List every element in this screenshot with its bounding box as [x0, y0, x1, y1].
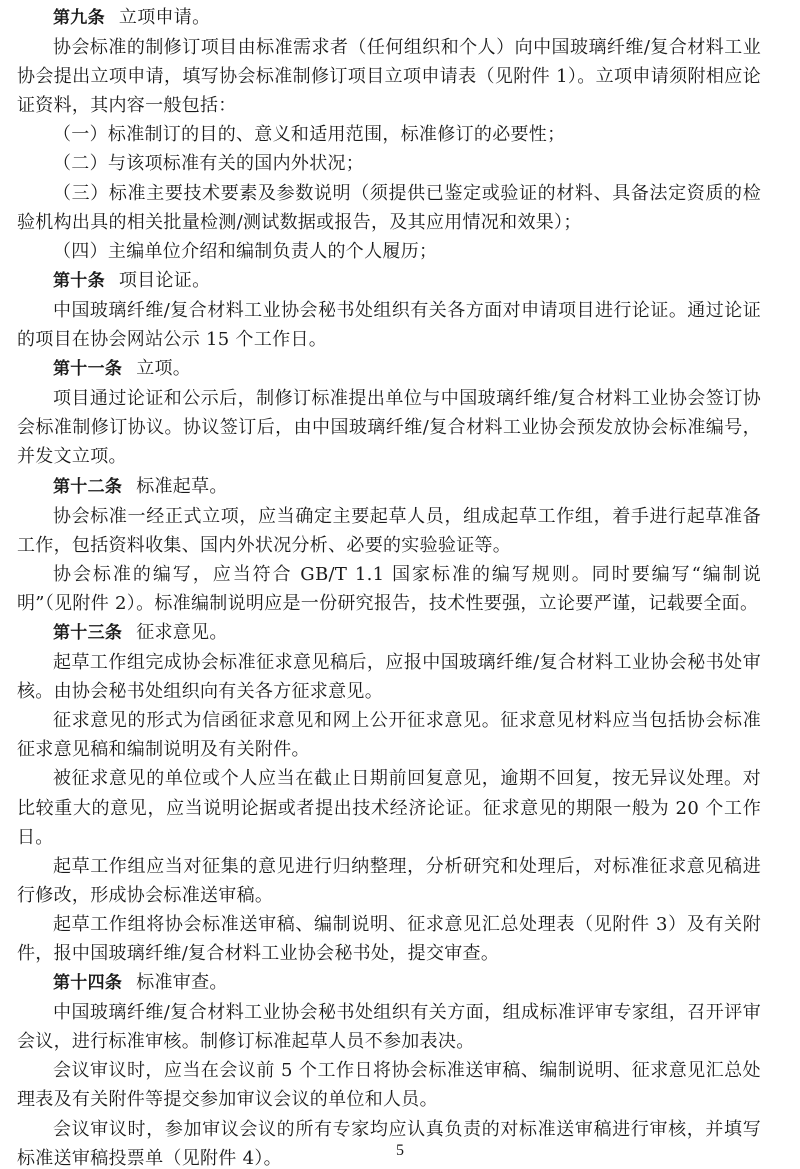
paragraph: 被征求意见的单位或个人应当在截止日期前回复意见，逾期不回复，按无异议处理。对比较…	[17, 764, 761, 851]
paragraph: 征求意见的形式为信函征求意见和网上公开征求意见。征求意见材料应当包括协会标准征求…	[17, 706, 761, 764]
article-title: 征求意见。	[136, 622, 228, 643]
page-number: 5	[0, 1142, 800, 1160]
paragraph: 起草工作组将协会标准送审稿、编制说明、征求意见汇总处理表（见附件 3）及有关附件…	[17, 910, 761, 968]
article-heading-14: 第十四条标准审查。	[17, 968, 761, 998]
article-number: 第十三条	[53, 623, 122, 643]
list-item: （二）与该项标准有关的国内外状况；	[17, 149, 761, 178]
article-number: 第十一条	[53, 359, 122, 379]
article-heading-13: 第十三条征求意见。	[17, 618, 761, 648]
article-heading-11: 第十一条立项。	[17, 354, 761, 384]
paragraph: 会议审议时，应当在会议前 5 个工作日将协会标准送审稿、编制说明、征求意见汇总处…	[17, 1056, 761, 1114]
article-number: 第十四条	[53, 973, 122, 993]
paragraph: 中国玻璃纤维/复合材料工业协会秘书处组织有关各方面对申请项目进行论证。通过论证的…	[17, 296, 761, 354]
list-item: （三）标准主要技术要素及参数说明（须提供已鉴定或验证的材料、具备法定资质的检验机…	[17, 179, 761, 237]
article-number: 第九条	[53, 8, 105, 28]
paragraph: 项目通过论证和公示后，制修订标准提出单位与中国玻璃纤维/复合材料工业协会签订协会…	[17, 384, 761, 471]
list-item: （四）主编单位介绍和编制负责人的个人履历；	[17, 237, 761, 266]
document-page: 第九条立项申请。 协会标准的制修订项目由标准需求者（任何组织和个人）向中国玻璃纤…	[17, 3, 761, 1169]
article-number: 第十二条	[53, 477, 122, 497]
article-title: 立项申请。	[119, 7, 211, 28]
paragraph: 起草工作组完成协会标准征求意见稿后，应报中国玻璃纤维/复合材料工业协会秘书处审核…	[17, 648, 761, 706]
paragraph: 协会标准的制修订项目由标准需求者（任何组织和个人）向中国玻璃纤维/复合材料工业协…	[17, 33, 761, 120]
article-heading-10: 第十条项目论证。	[17, 266, 761, 296]
article-title: 立项。	[136, 358, 191, 379]
article-title: 项目论证。	[119, 270, 211, 291]
paragraph: 中国玻璃纤维/复合材料工业协会秘书处组织有关方面，组成标准评审专家组，召开评审会…	[17, 998, 761, 1056]
paragraph: 起草工作组应当对征集的意见进行归纳整理，分析研究和处理后，对标准征求意见稿进行修…	[17, 852, 761, 910]
paragraph: 协会标准一经正式立项，应当确定主要起草人员，组成起草工作组，着手进行起草准备工作…	[17, 502, 761, 560]
paragraph: 协会标准的编写，应当符合 GB/T 1.1 国家标准的编写规则。同时要编写“编制…	[17, 560, 761, 618]
article-heading-9: 第九条立项申请。	[17, 3, 761, 33]
article-title: 标准起草。	[136, 476, 228, 497]
article-number: 第十条	[53, 271, 105, 291]
list-item: （一）标准制订的目的、意义和适用范围，标准修订的必要性；	[17, 120, 761, 149]
article-title: 标准审查。	[136, 972, 228, 993]
article-heading-12: 第十二条标准起草。	[17, 472, 761, 502]
